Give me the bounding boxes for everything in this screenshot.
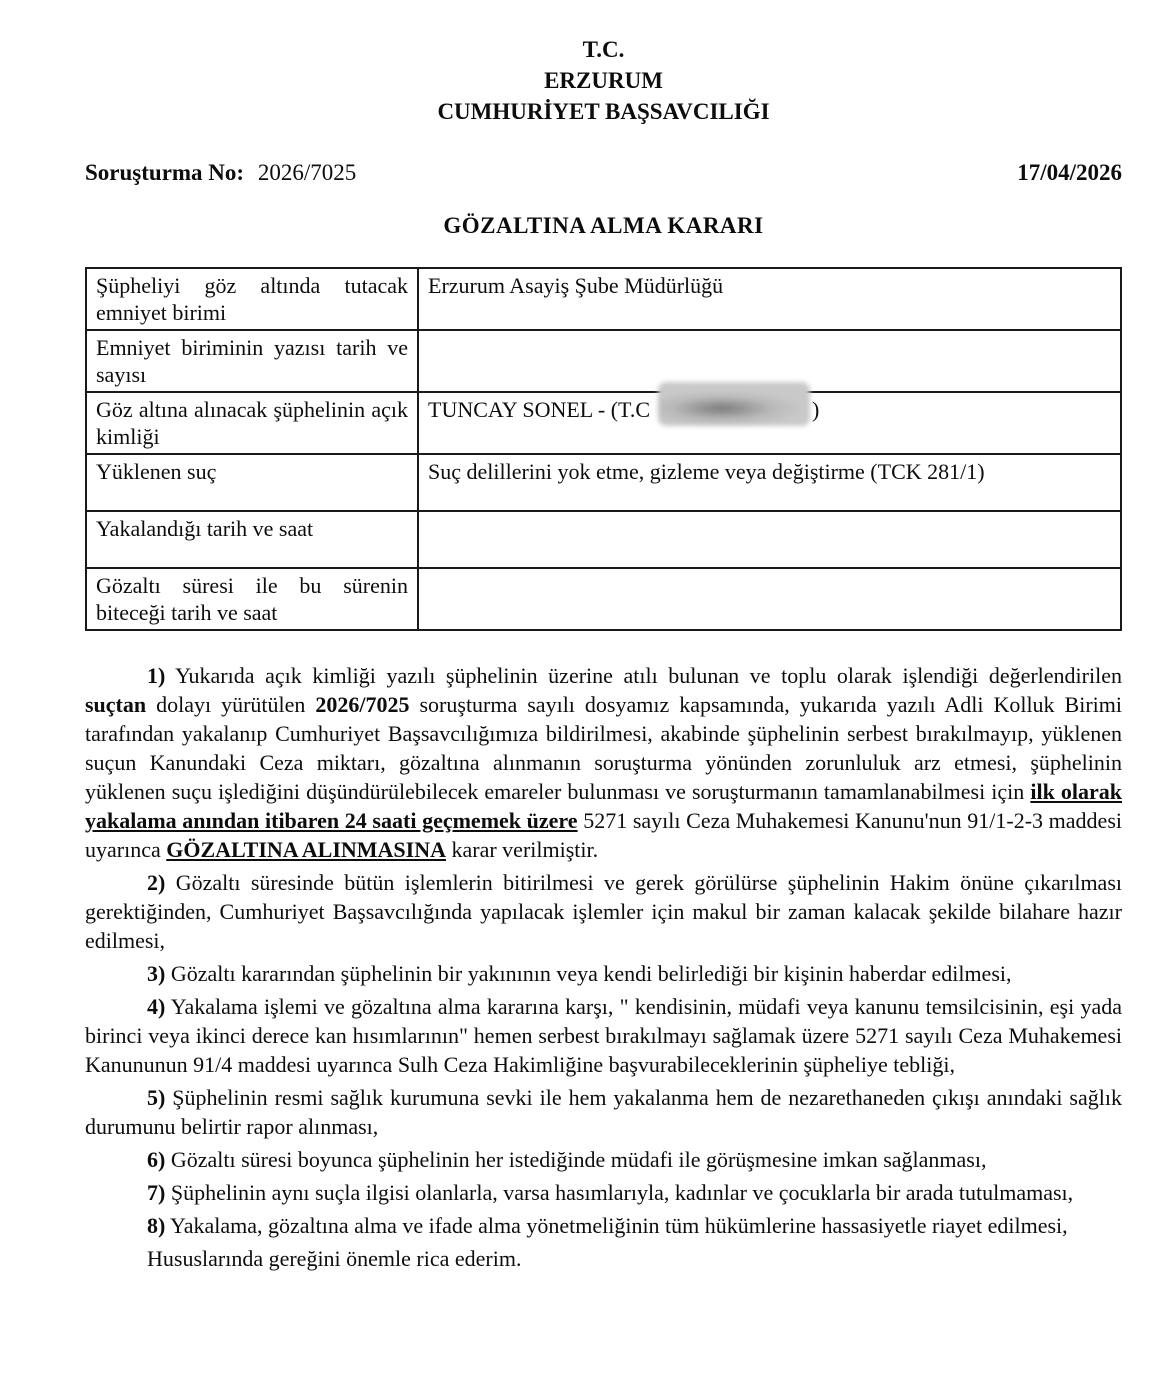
letterhead-office: CUMHURİYET BAŞSAVCILIĞI xyxy=(85,96,1122,127)
decision-body: 1) Yukarıda açık kimliği yazılı şüphelin… xyxy=(85,661,1122,1273)
detention-details-table: Şüpheliyi göz altında tutacak emniyet bi… xyxy=(85,267,1122,631)
paragraph-4: 4) Yakalama işlemi ve gözaltına alma kar… xyxy=(85,992,1122,1079)
table-row: Şüpheliyi göz altında tutacak emniyet bi… xyxy=(86,268,1121,330)
document-title: GÖZALTINA ALMA KARARI xyxy=(85,213,1122,239)
row-value-arrest-datetime xyxy=(418,511,1121,568)
row-value-custody-duration xyxy=(418,568,1121,630)
paragraph-5: 5) Şüphelinin resmi sağlık kurumuna sevk… xyxy=(85,1083,1122,1141)
case-number-label: Soruşturma No: xyxy=(85,160,244,185)
row-label-custody-unit: Şüpheliyi göz altında tutacak emniyet bi… xyxy=(86,268,418,330)
case-number-value: 2026/7025 xyxy=(258,160,356,185)
table-row: Gözaltı süresi ile bu sürenin biteceği t… xyxy=(86,568,1121,630)
row-value-custody-unit: Erzurum Asayiş Şube Müdürlüğü xyxy=(418,268,1121,330)
paragraph-6: 6) Gözaltı süresi boyunca şüphelinin her… xyxy=(85,1145,1122,1174)
paragraph-7: 7) Şüphelinin aynı suçla ilgisi olanlarl… xyxy=(85,1178,1122,1207)
letterhead-tc: T.C. xyxy=(85,34,1122,65)
table-row: Göz altına alınacak şüphelinin açık kiml… xyxy=(86,392,1121,454)
meta-row: Soruşturma No: 2026/7025 17/04/2026 xyxy=(85,160,1122,186)
closing-line: Hususlarında gereğini önemle rica ederim… xyxy=(85,1244,1122,1273)
letterhead: T.C. ERZURUM CUMHURİYET BAŞSAVCILIĞI xyxy=(85,34,1122,127)
row-label-suspect-identity: Göz altına alınacak şüphelinin açık kiml… xyxy=(86,392,418,454)
row-label-charged-offense: Yüklenen suç xyxy=(86,454,418,511)
case-number-line: Soruşturma No: 2026/7025 xyxy=(85,160,356,186)
paragraph-3: 3) Gözaltı kararından şüphelinin bir yak… xyxy=(85,959,1122,988)
suspect-name-text: TUNCAY SONEL - (T.C xyxy=(428,397,650,422)
table-row: Yüklenen suç Suç delillerini yok etme, g… xyxy=(86,454,1121,511)
document-page: T.C. ERZURUM CUMHURİYET BAŞSAVCILIĞI Sor… xyxy=(0,0,1157,1383)
document-date: 17/04/2026 xyxy=(1017,160,1122,186)
redacted-id-blur xyxy=(658,382,810,426)
suspect-id-close-paren: ) xyxy=(812,397,819,422)
paragraph-8: 8) Yakalama, gözaltına alma ve ifade alm… xyxy=(85,1211,1122,1240)
row-value-suspect-identity: TUNCAY SONEL - (T.C) xyxy=(418,392,1121,454)
row-value-charged-offense: Suç delillerini yok etme, gizleme veya d… xyxy=(418,454,1121,511)
row-label-police-letter: Emniyet biriminin yazısı tarih ve sayısı xyxy=(86,330,418,392)
paragraph-2: 2) Gözaltı süresinde bütün işlemlerin bi… xyxy=(85,868,1122,955)
letterhead-city: ERZURUM xyxy=(85,65,1122,96)
row-label-arrest-datetime: Yakalandığı tarih ve saat xyxy=(86,511,418,568)
table-row: Yakalandığı tarih ve saat xyxy=(86,511,1121,568)
row-label-custody-duration: Gözaltı süresi ile bu sürenin biteceği t… xyxy=(86,568,418,630)
paragraph-1: 1) Yukarıda açık kimliği yazılı şüphelin… xyxy=(85,661,1122,864)
table-row: Emniyet biriminin yazısı tarih ve sayısı xyxy=(86,330,1121,392)
